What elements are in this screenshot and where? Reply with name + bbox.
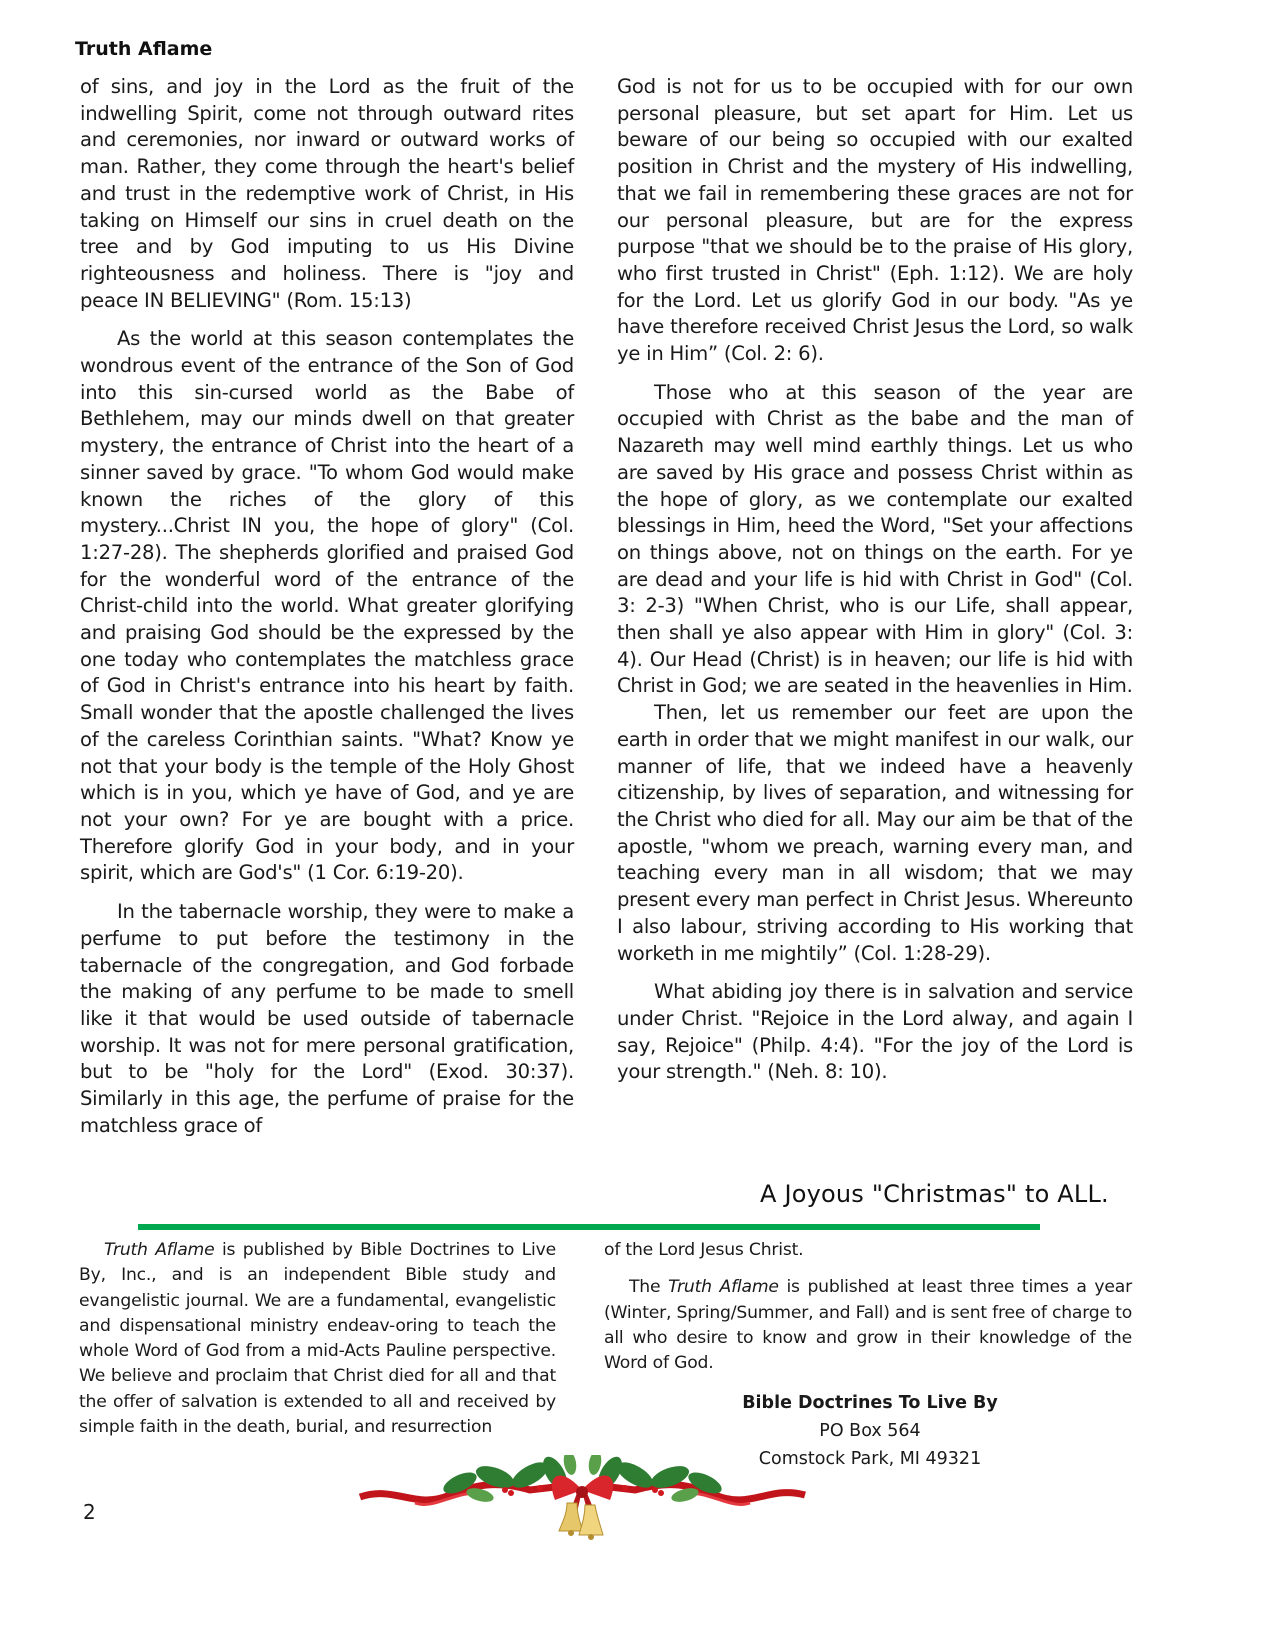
address-po-box: PO Box 564 <box>700 1417 1040 1445</box>
publication-name: Truth Aflame <box>668 1277 779 1297</box>
paragraph: God is not for us to be occupied with fo… <box>617 74 1133 368</box>
paragraph: of sins, and joy in the Lord as the frui… <box>80 74 574 314</box>
paragraph: In the tabernacle worship, they were to … <box>80 899 574 1139</box>
paragraph: As the world at this season contemplates… <box>80 326 574 887</box>
schedule-paragraph: The Truth Aflame is published at least t… <box>604 1275 1132 1376</box>
article-right-column: God is not for us to be occupied with fo… <box>617 74 1133 1086</box>
christmas-greeting: A Joyous "Christmas" to ALL. <box>760 1180 1109 1208</box>
christmas-garland-icon <box>355 1455 810 1545</box>
about-publication: Truth Aflame is published by Bible Doctr… <box>79 1238 556 1440</box>
article-left-column: of sins, and joy in the Lord as the frui… <box>80 74 574 1139</box>
page-number: 2 <box>83 1500 96 1524</box>
paragraph: Then, let us remember our feet are upon … <box>617 700 1133 967</box>
green-divider <box>138 1224 1040 1230</box>
about-continued: of the Lord Jesus Christ. <box>604 1238 1132 1263</box>
publication-header: Truth Aflame <box>75 38 212 60</box>
publication-schedule: of the Lord Jesus Christ. The Truth Afla… <box>604 1238 1132 1376</box>
about-paragraph: Truth Aflame is published by Bible Doctr… <box>79 1238 556 1440</box>
publication-name: Truth Aflame <box>104 1240 214 1260</box>
paragraph: Those who at this season of the year are… <box>617 380 1133 700</box>
paragraph: What abiding joy there is in salvation a… <box>617 979 1133 1086</box>
